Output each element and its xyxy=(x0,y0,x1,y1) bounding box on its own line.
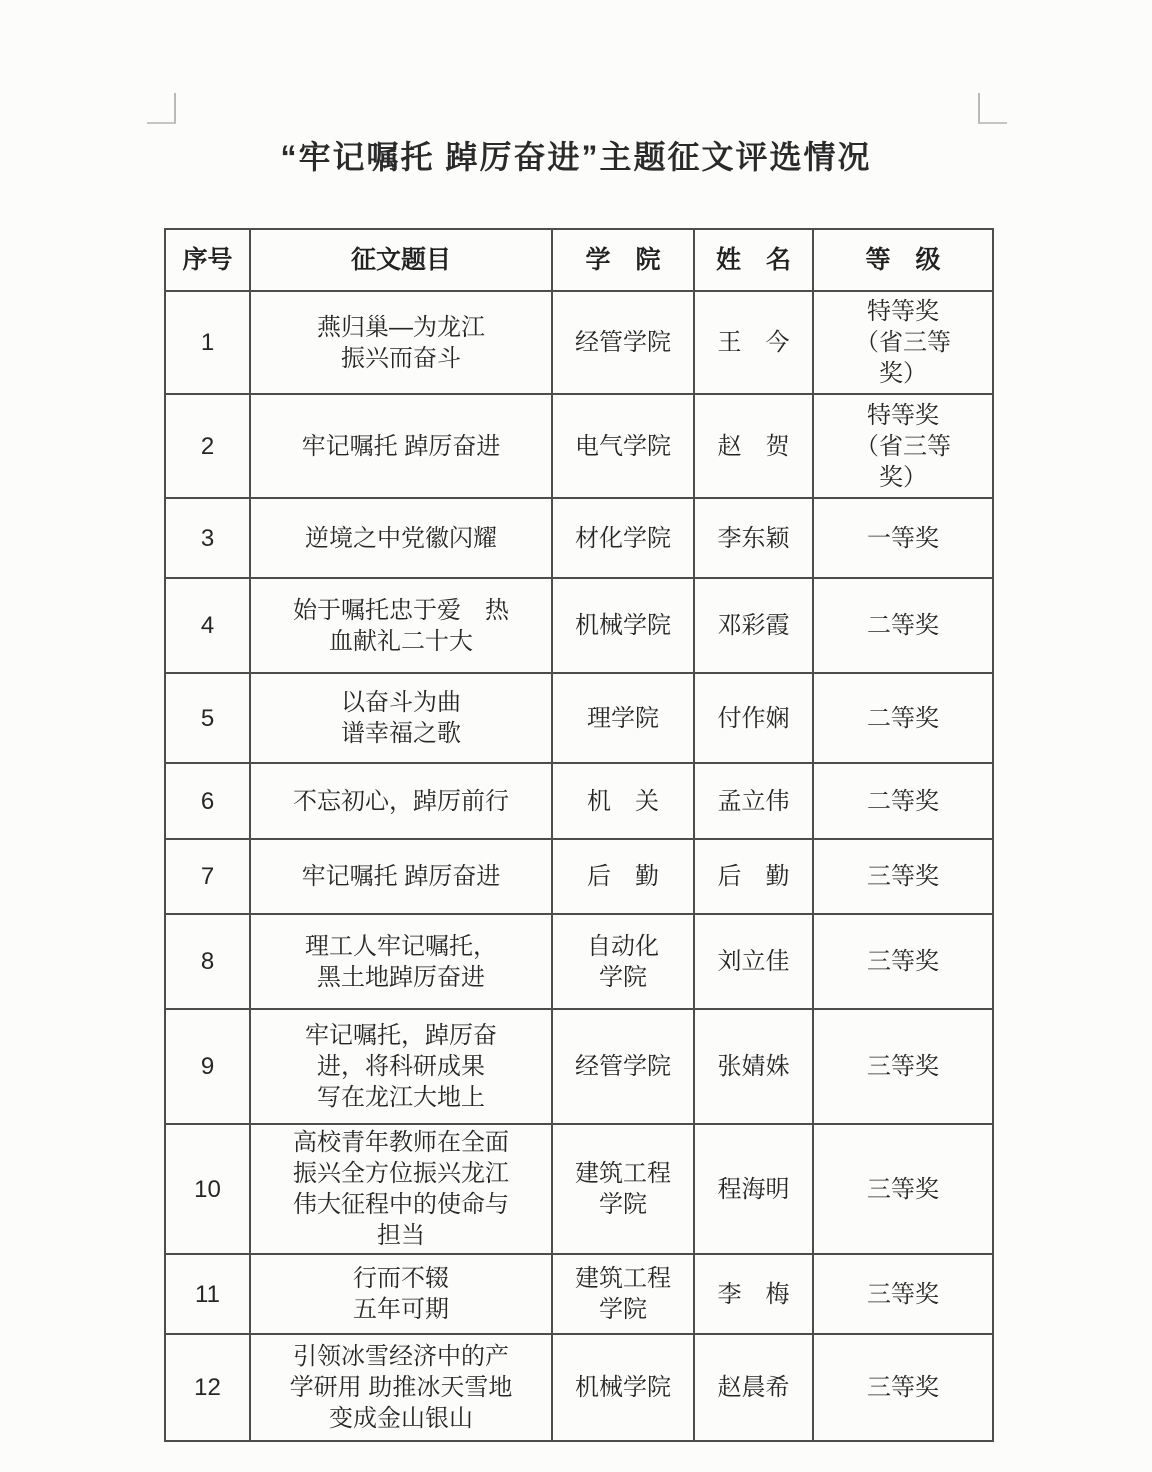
table-row: 12 引领冰雪经济中的产 学研用 助推冰天雪地 变成金山银山 机械学院 赵晨希 … xyxy=(165,1334,993,1441)
essay-title-cell: 牢记嘱托 踔厉奋进 xyxy=(250,839,552,914)
name-cell: 赵 贺 xyxy=(694,394,813,498)
award-cell: 二等奖 xyxy=(813,763,993,839)
row-no-cell: 9 xyxy=(165,1009,250,1124)
essay-title-cell: 逆境之中党徽闪耀 xyxy=(250,498,552,578)
award-cell: 三等奖 xyxy=(813,1254,993,1334)
name-cell: 张婧姝 xyxy=(694,1009,813,1124)
page-margin-corner-top-left xyxy=(147,93,176,124)
header-award: 等 级 xyxy=(813,229,993,291)
table-row: 7 牢记嘱托 踔厉奋进 后 勤 后 勤 三等奖 xyxy=(165,839,993,914)
name-cell: 孟立伟 xyxy=(694,763,813,839)
essay-title-cell: 不忘初心，踔厉前行 xyxy=(250,763,552,839)
header-name: 姓 名 xyxy=(694,229,813,291)
college-cell: 材化学院 xyxy=(552,498,694,578)
name-cell: 王 今 xyxy=(694,291,813,394)
essay-title-cell: 高校青年教师在全面 振兴全方位振兴龙江 伟大征程中的使命与 担当 xyxy=(250,1124,552,1254)
name-cell: 李东颖 xyxy=(694,498,813,578)
college-cell: 自动化 学院 xyxy=(552,914,694,1009)
table-row: 9 牢记嘱托，踔厉奋 进，将科研成果 写在龙江大地上 经管学院 张婧姝 三等奖 xyxy=(165,1009,993,1124)
page-title: “牢记嘱托 踔厉奋进”主题征文评选情况 xyxy=(0,132,1152,178)
table-row: 8 理工人牢记嘱托， 黑土地踔厉奋进 自动化 学院 刘立佳 三等奖 xyxy=(165,914,993,1009)
award-cell: 三等奖 xyxy=(813,1124,993,1254)
table-row: 11 行而不辍 五年可期 建筑工程 学院 李 梅 三等奖 xyxy=(165,1254,993,1334)
college-cell: 建筑工程 学院 xyxy=(552,1254,694,1334)
award-results-table: 序号 征文题目 学 院 姓 名 等 级 1 燕归巢—为龙江 振兴而奋斗 经管学院… xyxy=(164,228,994,1442)
name-cell: 刘立佳 xyxy=(694,914,813,1009)
name-cell: 邓彩霞 xyxy=(694,578,813,673)
page-margin-corner-top-right xyxy=(978,93,1007,124)
table-header-row: 序号 征文题目 学 院 姓 名 等 级 xyxy=(165,229,993,291)
row-no-cell: 6 xyxy=(165,763,250,839)
college-cell: 机械学院 xyxy=(552,578,694,673)
name-cell: 李 梅 xyxy=(694,1254,813,1334)
college-cell: 建筑工程 学院 xyxy=(552,1124,694,1254)
essay-title-cell: 以奋斗为曲 谱幸福之歌 xyxy=(250,673,552,763)
award-cell: 一等奖 xyxy=(813,498,993,578)
table-row: 5 以奋斗为曲 谱幸福之歌 理学院 付作娴 二等奖 xyxy=(165,673,993,763)
college-cell: 理学院 xyxy=(552,673,694,763)
college-cell: 经管学院 xyxy=(552,1009,694,1124)
document-page: { "page": { "title": "“牢记嘱托 踔厉奋进”主题征文评选情… xyxy=(0,0,1152,1472)
essay-title-cell: 牢记嘱托 踔厉奋进 xyxy=(250,394,552,498)
table-row: 1 燕归巢—为龙江 振兴而奋斗 经管学院 王 今 特等奖 （省三等 奖） xyxy=(165,291,993,394)
row-no-cell: 5 xyxy=(165,673,250,763)
row-no-cell: 4 xyxy=(165,578,250,673)
award-cell: 特等奖 （省三等 奖） xyxy=(813,394,993,498)
header-essay-title: 征文题目 xyxy=(250,229,552,291)
award-cell: 三等奖 xyxy=(813,1334,993,1441)
row-no-cell: 3 xyxy=(165,498,250,578)
award-cell: 二等奖 xyxy=(813,578,993,673)
row-no-cell: 8 xyxy=(165,914,250,1009)
essay-title-cell: 始于嘱托忠于爱 热 血献礼二十大 xyxy=(250,578,552,673)
row-no-cell: 10 xyxy=(165,1124,250,1254)
college-cell: 经管学院 xyxy=(552,291,694,394)
table-row: 4 始于嘱托忠于爱 热 血献礼二十大 机械学院 邓彩霞 二等奖 xyxy=(165,578,993,673)
row-no-cell: 2 xyxy=(165,394,250,498)
essay-title-cell: 行而不辍 五年可期 xyxy=(250,1254,552,1334)
header-no: 序号 xyxy=(165,229,250,291)
name-cell: 程海明 xyxy=(694,1124,813,1254)
award-cell: 三等奖 xyxy=(813,1009,993,1124)
table-row: 3 逆境之中党徽闪耀 材化学院 李东颖 一等奖 xyxy=(165,498,993,578)
essay-title-cell: 牢记嘱托，踔厉奋 进，将科研成果 写在龙江大地上 xyxy=(250,1009,552,1124)
header-college: 学 院 xyxy=(552,229,694,291)
award-cell: 二等奖 xyxy=(813,673,993,763)
college-cell: 机 关 xyxy=(552,763,694,839)
award-cell: 三等奖 xyxy=(813,914,993,1009)
row-no-cell: 11 xyxy=(165,1254,250,1334)
essay-title-cell: 引领冰雪经济中的产 学研用 助推冰天雪地 变成金山银山 xyxy=(250,1334,552,1441)
name-cell: 付作娴 xyxy=(694,673,813,763)
essay-title-cell: 理工人牢记嘱托， 黑土地踔厉奋进 xyxy=(250,914,552,1009)
college-cell: 电气学院 xyxy=(552,394,694,498)
award-cell: 三等奖 xyxy=(813,839,993,914)
row-no-cell: 7 xyxy=(165,839,250,914)
table-row: 6 不忘初心，踔厉前行 机 关 孟立伟 二等奖 xyxy=(165,763,993,839)
award-cell: 特等奖 （省三等 奖） xyxy=(813,291,993,394)
name-cell: 后 勤 xyxy=(694,839,813,914)
college-cell: 后 勤 xyxy=(552,839,694,914)
essay-title-cell: 燕归巢—为龙江 振兴而奋斗 xyxy=(250,291,552,394)
name-cell: 赵晨希 xyxy=(694,1334,813,1441)
table-row: 10 高校青年教师在全面 振兴全方位振兴龙江 伟大征程中的使命与 担当 建筑工程… xyxy=(165,1124,993,1254)
table-row: 2 牢记嘱托 踔厉奋进 电气学院 赵 贺 特等奖 （省三等 奖） xyxy=(165,394,993,498)
row-no-cell: 1 xyxy=(165,291,250,394)
college-cell: 机械学院 xyxy=(552,1334,694,1441)
row-no-cell: 12 xyxy=(165,1334,250,1441)
